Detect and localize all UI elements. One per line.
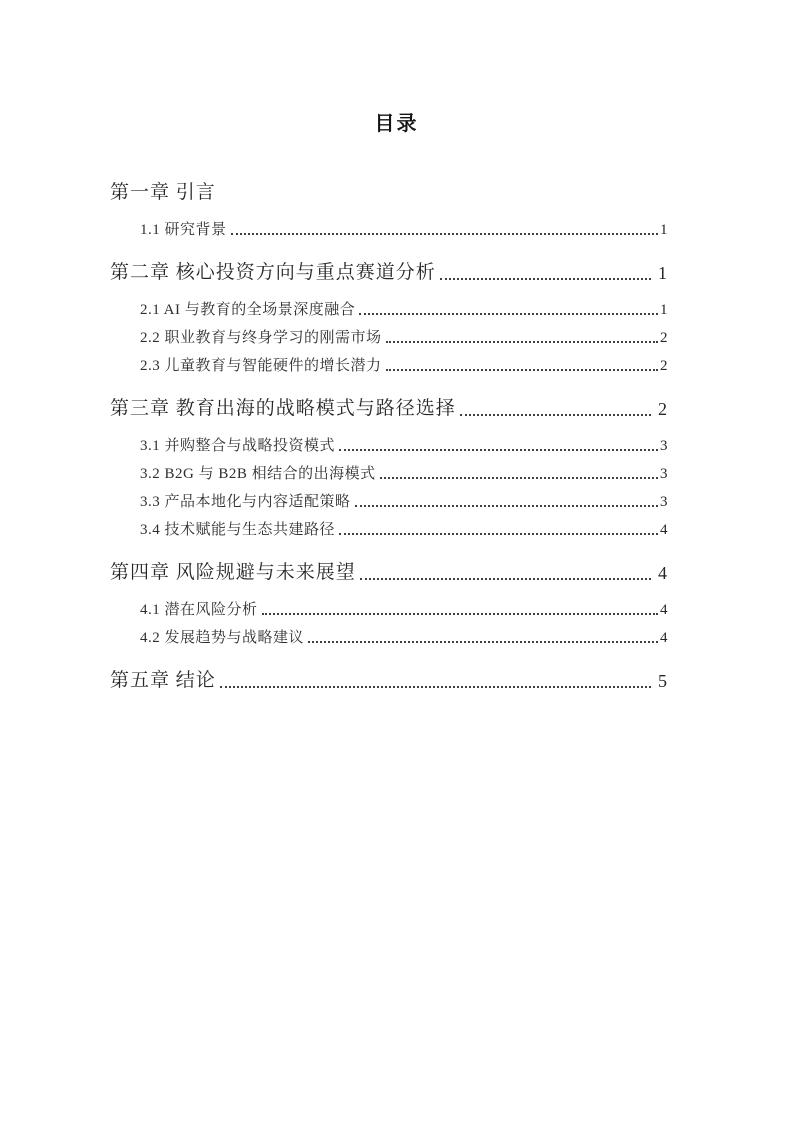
toc-entry-page: 4 xyxy=(653,562,668,584)
dot-leader xyxy=(380,477,658,479)
toc-entry-label: 第二章 核心投资方向与重点赛道分析 xyxy=(110,262,436,284)
toc-entry-section[interactable]: 2.1 AI 与教育的全场景深度融合 1 xyxy=(110,303,668,318)
toc-entry-chapter[interactable]: 第三章 教育出海的战略模式与路径选择 2 xyxy=(110,398,668,420)
dot-leader xyxy=(360,578,651,580)
toc-entry-label: 2.2 职业教育与终身学习的刚需市场 xyxy=(140,331,382,346)
toc-entry-page: 5 xyxy=(653,670,668,692)
toc-entry-page: 2 xyxy=(659,331,668,346)
toc-entry-page: 4 xyxy=(659,631,668,646)
toc-entry-page: 2 xyxy=(659,359,668,374)
toc-entry-chapter[interactable]: 第一章 引言 xyxy=(110,182,668,204)
toc-entry-label: 2.1 AI 与教育的全场景深度融合 xyxy=(140,303,355,318)
dot-leader xyxy=(220,686,651,688)
toc-entry-section[interactable]: 2.2 职业教育与终身学习的刚需市场 2 xyxy=(110,331,668,346)
toc-entry-label: 第四章 风险规避与未来展望 xyxy=(110,562,356,584)
toc-title: 目录 xyxy=(0,0,793,136)
dot-leader xyxy=(460,414,651,416)
dot-leader xyxy=(339,533,658,535)
toc-entry-section[interactable]: 4.1 潜在风险分析 4 xyxy=(110,603,668,618)
toc-entry-label: 1.1 研究背景 xyxy=(140,223,227,238)
dot-leader xyxy=(355,505,658,507)
toc-entry-label: 2.3 儿童教育与智能硬件的增长潜力 xyxy=(140,359,382,374)
toc-entry-label: 第五章 结论 xyxy=(110,670,216,692)
toc-entry-page: 1 xyxy=(659,303,668,318)
dot-leader xyxy=(359,313,658,315)
toc-entry-page: 3 xyxy=(659,495,668,510)
toc-entry-page: 4 xyxy=(659,603,668,618)
dot-leader xyxy=(339,449,658,451)
toc-entry-chapter[interactable]: 第五章 结论 5 xyxy=(110,670,668,692)
toc-entry-page: 4 xyxy=(659,523,668,538)
dot-leader xyxy=(308,641,658,643)
toc-entry-page: 1 xyxy=(653,262,668,284)
toc-entry-chapter[interactable]: 第二章 核心投资方向与重点赛道分析 1 xyxy=(110,262,668,284)
toc-entry-section[interactable]: 2.3 儿童教育与智能硬件的增长潜力 2 xyxy=(110,359,668,374)
toc-entry-label: 4.2 发展趋势与战略建议 xyxy=(140,631,304,646)
toc-entry-label: 3.3 产品本地化与内容适配策略 xyxy=(140,495,351,510)
toc-entry-chapter[interactable]: 第四章 风险规避与未来展望 4 xyxy=(110,562,668,584)
toc-entry-label: 3.1 并购整合与战略投资模式 xyxy=(140,439,335,454)
toc-entry-section[interactable]: 3.1 并购整合与战略投资模式 3 xyxy=(110,439,668,454)
toc-entry-section[interactable]: 3.2 B2G 与 B2B 相结合的出海模式 3 xyxy=(110,467,668,482)
toc-entry-page: 3 xyxy=(659,467,668,482)
table-of-contents: 第一章 引言 1.1 研究背景 1 第二章 核心投资方向与重点赛道分析 1 2.… xyxy=(110,182,668,692)
toc-entry-section[interactable]: 3.4 技术赋能与生态共建路径 4 xyxy=(110,523,668,538)
document-page: 目录 第一章 引言 1.1 研究背景 1 第二章 核心投资方向与重点赛道分析 1… xyxy=(0,0,793,1122)
toc-entry-section[interactable]: 4.2 发展趋势与战略建议 4 xyxy=(110,631,668,646)
dot-leader xyxy=(440,278,651,280)
toc-entry-label: 3.2 B2G 与 B2B 相结合的出海模式 xyxy=(140,467,376,482)
toc-entry-page: 3 xyxy=(659,439,668,454)
dot-leader xyxy=(262,613,658,615)
toc-entry-label: 4.1 潜在风险分析 xyxy=(140,603,258,618)
toc-entry-page: 2 xyxy=(653,398,668,420)
toc-entry-section[interactable]: 1.1 研究背景 1 xyxy=(110,223,668,238)
dot-leader xyxy=(386,369,658,371)
toc-entry-label: 第三章 教育出海的战略模式与路径选择 xyxy=(110,398,456,420)
toc-entry-page: 1 xyxy=(659,223,668,238)
dot-leader xyxy=(386,341,658,343)
toc-entry-section[interactable]: 3.3 产品本地化与内容适配策略 3 xyxy=(110,495,668,510)
dot-leader xyxy=(231,233,658,235)
toc-entry-label: 3.4 技术赋能与生态共建路径 xyxy=(140,523,335,538)
toc-entry-label: 第一章 引言 xyxy=(110,182,216,204)
